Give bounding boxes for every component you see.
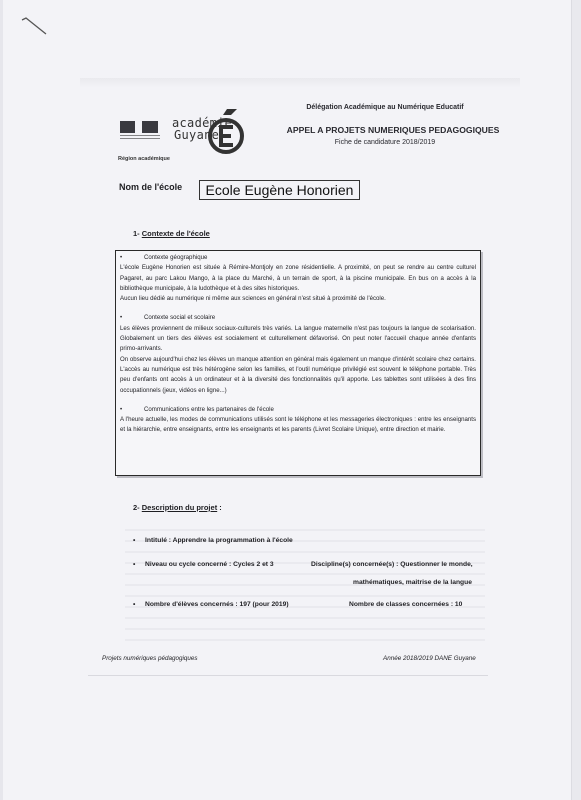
school-name-label: Nom de l'école — [119, 182, 182, 192]
context-comm-heading: •Communications entre les partenaires de… — [120, 405, 476, 415]
bullet-icon: • — [120, 253, 144, 263]
staple-mark-icon — [20, 16, 50, 36]
delegation-title: Délégation Académique au Numérique Educa… — [250, 104, 520, 111]
context-social-paragraph: L'accès au numérique est très hétérogène… — [120, 365, 476, 396]
header-shadow — [80, 78, 520, 88]
section2-title-text: Description du projet — [142, 503, 217, 512]
bullet-icon: • — [133, 601, 145, 608]
region-label: Région académique — [118, 156, 170, 162]
context-box: •Contexte géographique L'école Eugène Ho… — [115, 250, 481, 476]
context-social-heading: •Contexte social et scolaire — [120, 313, 476, 323]
section1-title: 1- Contexte de l'école — [133, 229, 210, 238]
project-title-item: •Intitulé : Apprendre la programmation à… — [133, 537, 293, 544]
bullet-icon: • — [120, 405, 144, 415]
academie-e-logo-icon — [207, 107, 245, 155]
context-geo-paragraph: L'école Eugène Honorien est située à Rém… — [120, 263, 476, 294]
context-geo-heading: •Contexte géographique — [120, 253, 476, 263]
section2-title-suffix: : — [217, 503, 222, 512]
bullet-icon: • — [133, 537, 145, 544]
scan-right-edge — [571, 0, 581, 800]
appel-title: APPEL A PROJETS NUMERIQUES PEDAGOGIQUES — [258, 125, 528, 135]
context-social-paragraph: Les élèves proviennent de milieux sociau… — [120, 324, 476, 355]
section1-number: 1- — [133, 229, 140, 238]
school-name-field: Ecole Eugène Honorien — [199, 180, 360, 200]
context-comm-paragraph: A l'heure actuelle, les modes de communi… — [120, 415, 476, 436]
context-geo-paragraph: Aucun lieu dédié au numérique ni même au… — [120, 294, 476, 304]
discipline-item-cont: mathématiques, maitrise de la langue — [353, 579, 472, 586]
level-item: •Niveau ou cycle concerné : Cycles 2 et … — [133, 561, 274, 568]
footer-right: Année 2018/2019 DANE Guyane — [383, 655, 476, 662]
scan-left-edge — [0, 0, 3, 800]
heading-text: Contexte géographique — [144, 254, 207, 261]
bottom-divider — [88, 675, 488, 676]
students-count-text: Nombre d'élèves concernés : 197 (pour 20… — [145, 601, 289, 608]
classes-count-item: Nombre de classes concernées : 10 — [349, 601, 462, 608]
marianne-logo-icon — [120, 121, 160, 143]
section1-title-text: Contexte de l'école — [142, 229, 210, 238]
section2-title: 2- Description du projet : — [133, 503, 222, 512]
footer-left: Projets numériques pédagogiques — [102, 655, 198, 662]
section2-number: 2- — [133, 503, 140, 512]
fiche-subtitle: Fiche de candidature 2018/2019 — [250, 139, 520, 146]
students-count-item: •Nombre d'élèves concernés : 197 (pour 2… — [133, 601, 289, 608]
project-title-text: Intitulé : Apprendre la programmation à … — [145, 537, 293, 544]
bullet-icon: • — [133, 561, 145, 568]
bullet-icon: • — [120, 313, 144, 323]
discipline-item: Discipline(s) concernée(s) : Questionner… — [311, 561, 473, 568]
level-text: Niveau ou cycle concerné : Cycles 2 et 3 — [145, 561, 274, 568]
heading-text: Contexte social et scolaire — [144, 314, 215, 321]
context-social-paragraph: On observe aujourd'hui chez les élèves u… — [120, 355, 476, 365]
heading-text: Communications entre les partenaires de … — [144, 406, 274, 413]
